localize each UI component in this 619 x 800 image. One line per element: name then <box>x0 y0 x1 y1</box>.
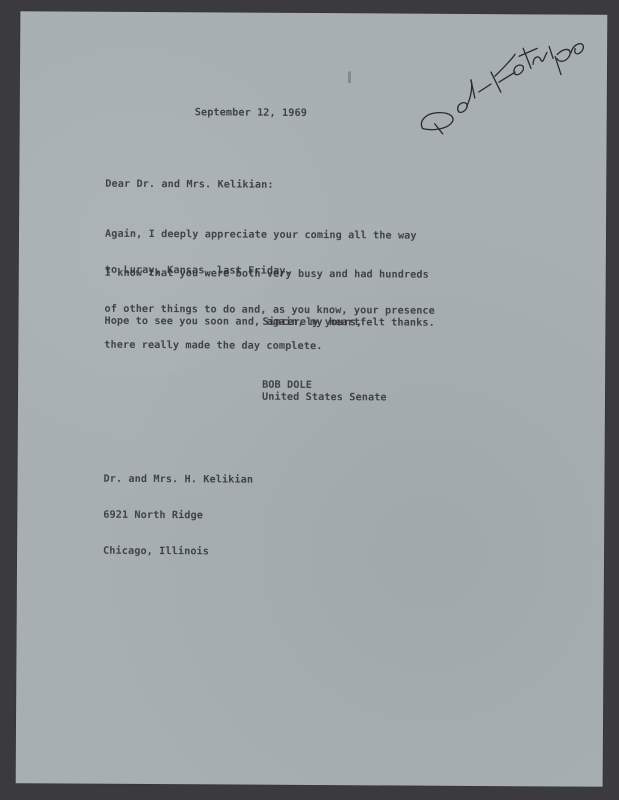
letter-date: September 12, 1969 <box>195 107 307 120</box>
signer-name: BOB DOLE <box>262 380 312 392</box>
paragraph-line: I know that you were both very busy and … <box>105 268 435 282</box>
salutation: Dear Dr. and Mrs. Kelikian: <box>105 179 273 192</box>
signer-title: United States Senate <box>262 392 387 405</box>
paper-smudge <box>348 71 351 83</box>
address-line: Dr. and Mrs. H. Kelikian <box>103 474 253 487</box>
closing: Sincerely yours, <box>262 317 362 330</box>
letter-page: September 12, 1969 Dear Dr. and Mrs. Kel… <box>16 11 608 787</box>
handwritten-annotation <box>415 34 596 145</box>
address-line: 6921 North Ridge <box>103 510 253 523</box>
recipient-address: Dr. and Mrs. H. Kelikian 6921 North Ridg… <box>103 450 253 583</box>
paragraph-line: Again, I deeply appreciate your coming a… <box>105 229 417 243</box>
address-line: Chicago, Illinois <box>103 546 253 559</box>
